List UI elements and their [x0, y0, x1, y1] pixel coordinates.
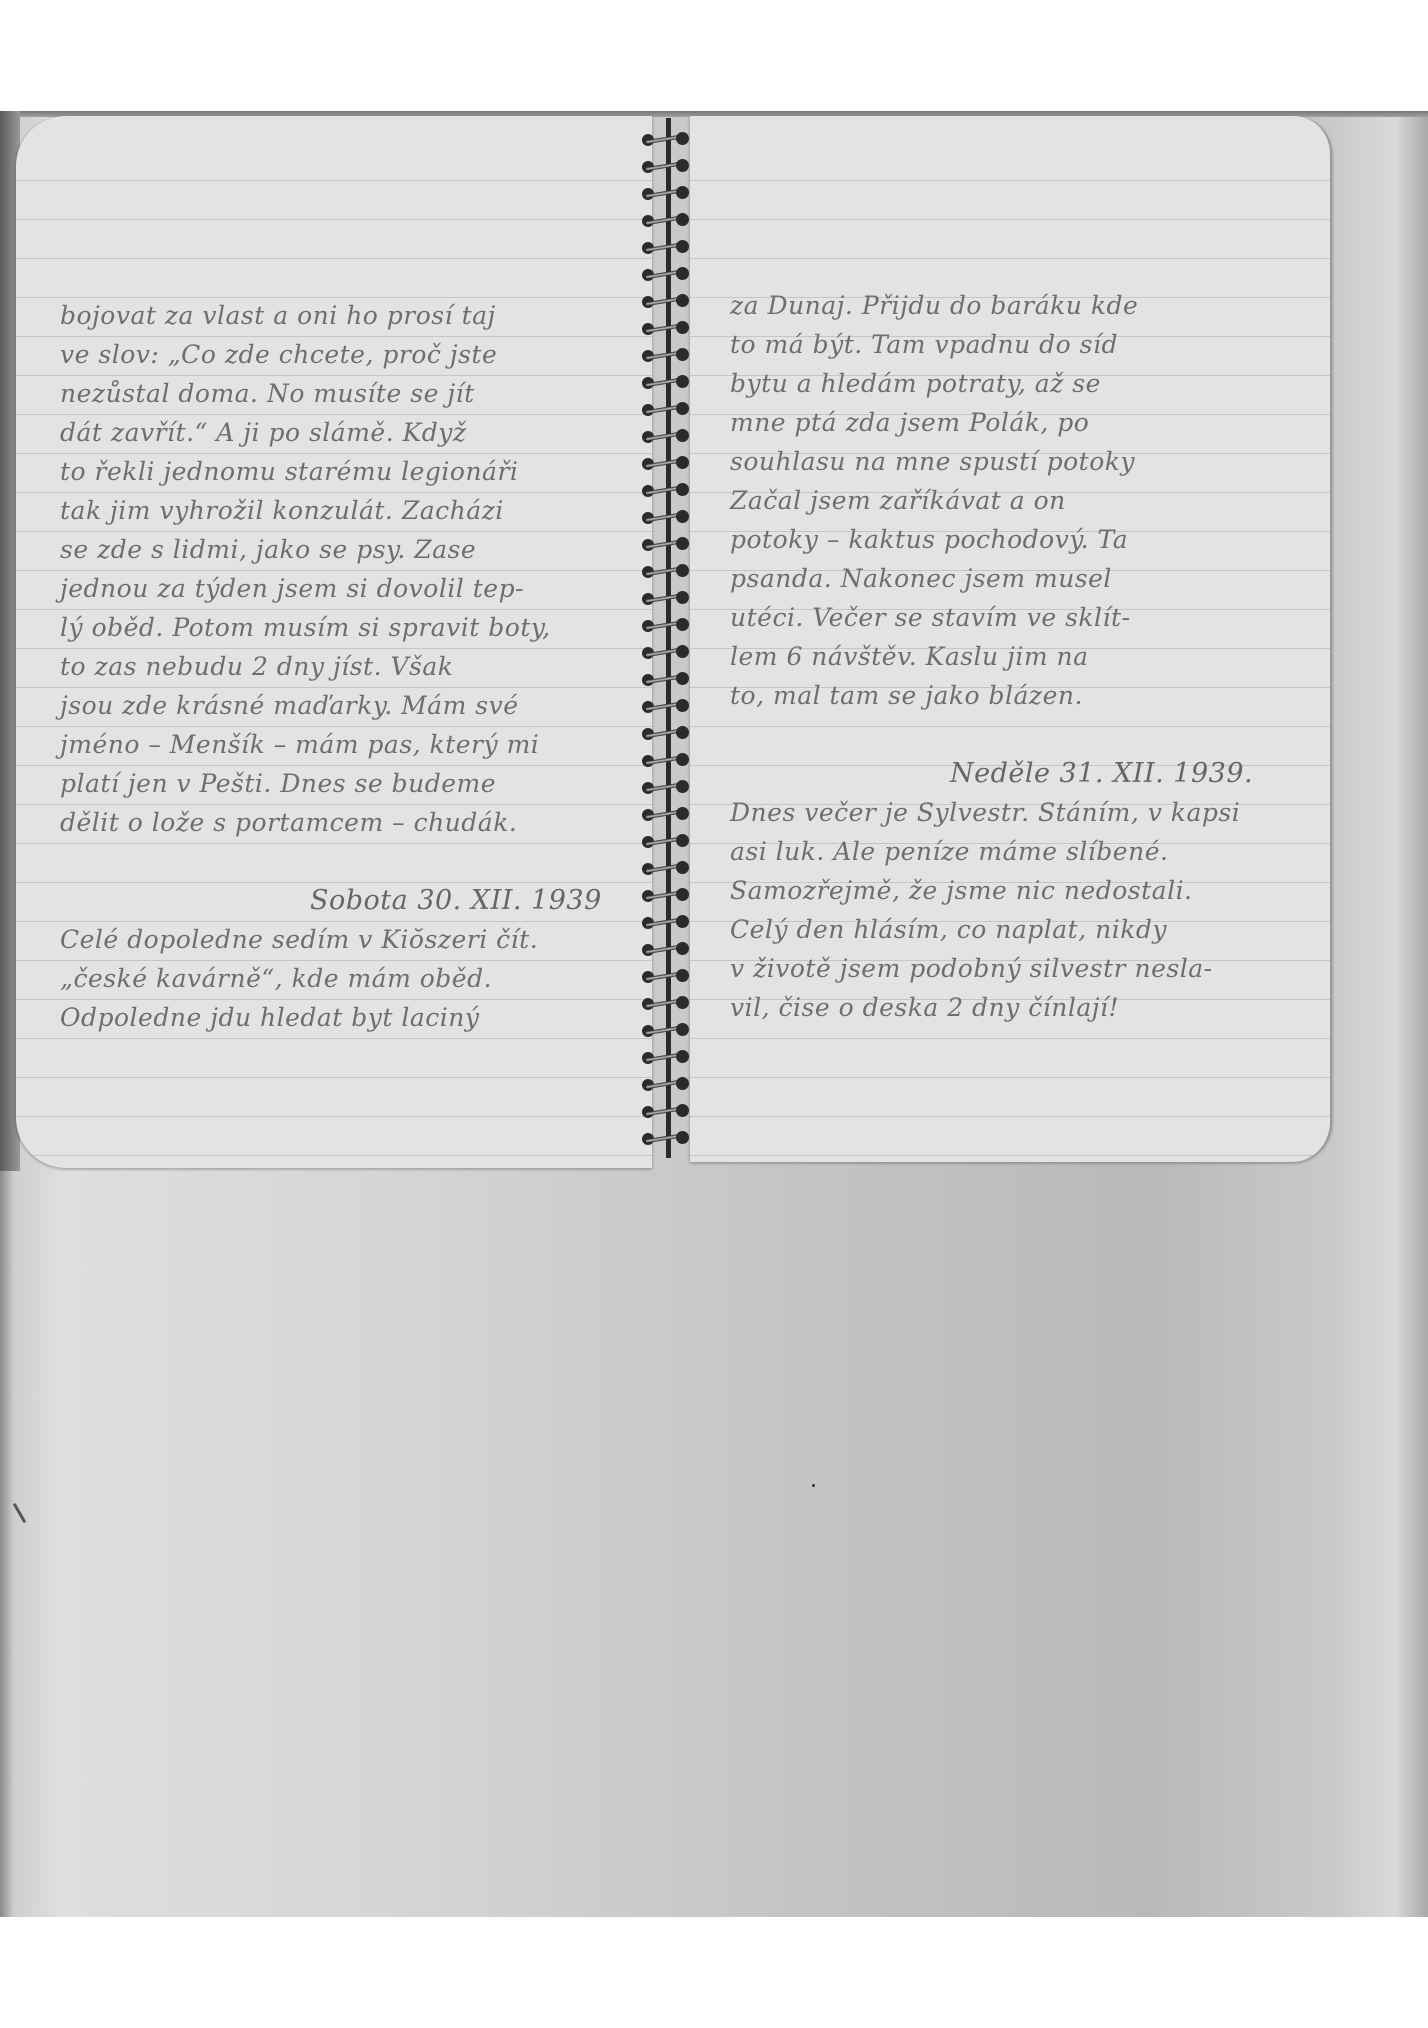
diary-line: to řekli jednomu starému legionáři	[60, 452, 642, 491]
diary-line: bytu a hledám potraty, až se	[730, 364, 1293, 403]
spiral-coil	[638, 969, 698, 985]
spiral-coil	[638, 1077, 698, 1093]
coil-hole	[676, 159, 689, 172]
right-page-handwriting: za Dunaj. Přijdu do baráku kde to má být…	[730, 286, 1293, 1027]
coil-hole	[676, 294, 689, 307]
coil-hole	[676, 321, 689, 334]
spiral-coil	[638, 348, 698, 364]
diary-line: Odpoledne jdu hledat byt laciný	[60, 998, 642, 1037]
spiral-coil	[638, 321, 698, 337]
coil-hole	[676, 1131, 689, 1144]
coil-hole	[676, 429, 689, 442]
diary-line: psanda. Nakonec jsem musel	[730, 559, 1293, 598]
blank-line	[730, 715, 1293, 754]
diary-line: Celý den hlásím, co naplat, nikdy	[730, 910, 1293, 949]
dust-speck	[812, 1484, 815, 1487]
coil-hole	[676, 834, 689, 847]
coil-hole	[676, 483, 689, 496]
spiral-coil	[638, 186, 698, 202]
diary-line: dát zavřít.“ A ji po slámě. Když	[60, 413, 642, 452]
spiral-coil	[638, 429, 698, 445]
spiral-coil	[638, 888, 698, 904]
diary-line: vil, čise o deska 2 dny čínlají!	[730, 988, 1293, 1027]
spiral-coil	[638, 672, 698, 688]
spiral-coil	[638, 726, 698, 742]
diary-line: jméno – Menšík – mám pas, který mi	[60, 725, 642, 764]
blank-line	[60, 842, 642, 881]
spiral-coil	[638, 1050, 698, 1066]
diary-line: „české kavárně“, kde mám oběd.	[60, 959, 642, 998]
coil-hole	[676, 348, 689, 361]
coil-hole	[676, 618, 689, 631]
spiral-coil	[638, 942, 698, 958]
coil-hole	[676, 1104, 689, 1117]
spiral-coil	[638, 564, 698, 580]
diary-line: jsou zde krásné maďarky. Mám své	[60, 686, 642, 725]
spiral-coil	[638, 861, 698, 877]
coil-hole	[676, 510, 689, 523]
diary-line: Začal jsem zaříkávat a on	[730, 481, 1293, 520]
spiral-coil	[638, 132, 698, 148]
coil-hole	[676, 807, 689, 820]
left-page-handwriting: bojovat za vlast a oni ho prosí taj ve s…	[60, 296, 642, 1037]
coil-hole	[676, 969, 689, 982]
coil-hole	[676, 699, 689, 712]
coil-hole	[676, 537, 689, 550]
diary-line: to má být. Tam vpadnu do síd	[730, 325, 1293, 364]
spiral-coil	[638, 483, 698, 499]
diary-line: souhlasu na mne spustí potoky	[730, 442, 1293, 481]
diary-line: nezůstal doma. No musíte se jít	[60, 374, 642, 413]
diary-line: bojovat za vlast a oni ho prosí taj	[60, 296, 642, 335]
diary-line: se zde s lidmi, jako se psy. Zase	[60, 530, 642, 569]
coil-hole	[676, 996, 689, 1009]
diary-line: Celé dopoledne sedím v Kiŏszeri čít.	[60, 920, 642, 959]
spiral-coil	[638, 591, 698, 607]
coil-hole	[676, 753, 689, 766]
spiral-coil	[638, 699, 698, 715]
diary-line: Dnes večer je Sylvestr. Stáním, v kapsi	[730, 793, 1293, 832]
coil-hole	[676, 1050, 689, 1063]
coil-hole	[676, 1023, 689, 1036]
coil-hole	[676, 267, 689, 280]
spiral-coil	[638, 510, 698, 526]
spiral-binding	[638, 118, 698, 1158]
spiral-coil	[638, 159, 698, 175]
diary-line: dělit o lože s portamcem – chudák.	[60, 803, 642, 842]
coil-hole	[676, 591, 689, 604]
diary-line: to zas nebudu 2 dny jíst. Však	[60, 647, 642, 686]
spiral-coil	[638, 294, 698, 310]
spiral-coil	[638, 402, 698, 418]
coil-hole	[676, 1077, 689, 1090]
spiral-coil	[638, 1131, 698, 1147]
coil-hole	[676, 375, 689, 388]
spiral-coil	[638, 267, 698, 283]
diary-line: to, mal tam se jako blázen.	[730, 676, 1293, 715]
coil-hole	[676, 564, 689, 577]
spiral-coil	[638, 213, 698, 229]
coil-hole	[676, 645, 689, 658]
diary-line: za Dunaj. Přijdu do baráku kde	[730, 286, 1293, 325]
diary-line: Samozřejmě, že jsme nic nedostali.	[730, 871, 1293, 910]
spiral-coil	[638, 807, 698, 823]
spiral-coil	[638, 456, 698, 472]
spiral-coil	[638, 645, 698, 661]
diary-line: platí jen v Pešti. Dnes se budeme	[60, 764, 642, 803]
scan-bottom-margin	[0, 1917, 1428, 2028]
spiral-coil	[638, 1104, 698, 1120]
diary-line: potoky – kaktus pochodový. Ta	[730, 520, 1293, 559]
diary-line: ve slov: „Co zde chcete, proč jste	[60, 335, 642, 374]
diary-line: utéci. Večer se stavím ve sklít-	[730, 598, 1293, 637]
spiral-coil	[638, 1023, 698, 1039]
coil-hole	[676, 915, 689, 928]
spiral-coil	[638, 618, 698, 634]
spiral-coil	[638, 915, 698, 931]
coil-hole	[676, 888, 689, 901]
coil-hole	[676, 186, 689, 199]
spiral-coil	[638, 240, 698, 256]
coil-hole	[676, 213, 689, 226]
spiral-coil	[638, 375, 698, 391]
coil-hole	[676, 402, 689, 415]
coil-hole	[676, 672, 689, 685]
spiral-coil	[638, 996, 698, 1012]
coil-hole	[676, 132, 689, 145]
diary-line: asi luk. Ale peníze máme slíbené.	[730, 832, 1293, 871]
diary-line: tak jim vyhrožil konzulát. Zacházi	[60, 491, 642, 530]
coil-hole	[676, 861, 689, 874]
diary-line: lý oběd. Potom musím si spravit boty,	[60, 608, 642, 647]
entry-date-heading: Neděle 31. XII. 1939.	[730, 754, 1293, 793]
diary-line: v životě jsem podobný silvestr nesla-	[730, 949, 1293, 988]
coil-hole	[676, 780, 689, 793]
coil-hole	[676, 240, 689, 253]
coil-hole	[676, 726, 689, 739]
spiral-coil	[638, 753, 698, 769]
diary-line: mne ptá zda jsem Polák, po	[730, 403, 1293, 442]
spiral-coil	[638, 834, 698, 850]
coil-hole	[676, 942, 689, 955]
spiral-coil	[638, 780, 698, 796]
coil-hole	[676, 456, 689, 469]
spiral-coil	[638, 537, 698, 553]
diary-line: lem 6 návštěv. Kaslu jim na	[730, 637, 1293, 676]
diary-line: jednou za týden jsem si dovolil tep-	[60, 569, 642, 608]
entry-date-heading: Sobota 30. XII. 1939	[60, 881, 642, 920]
